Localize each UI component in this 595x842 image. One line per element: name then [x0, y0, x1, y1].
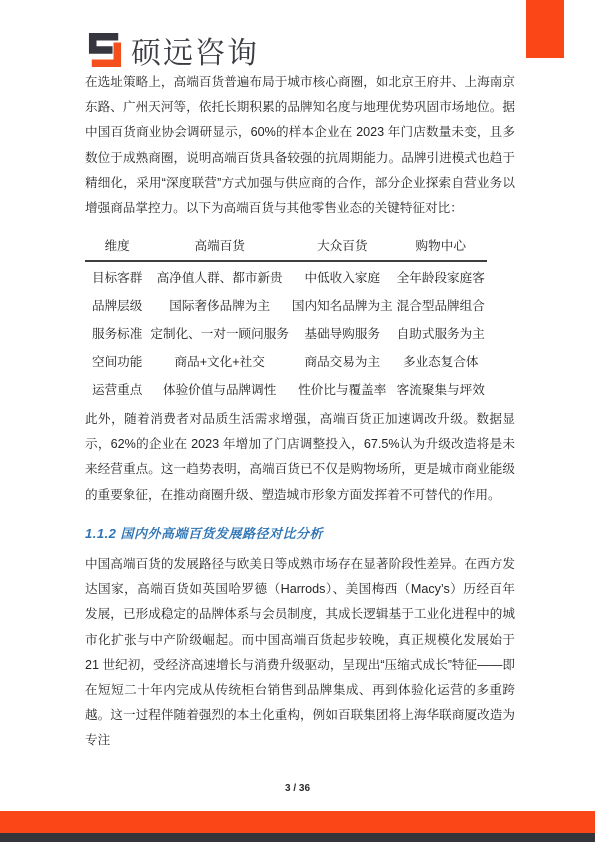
table-row: 空间功能 商品+文化+社交 商品交易为主 多业态复合体 [85, 346, 487, 374]
table-cell: 品牌层级 [85, 295, 149, 314]
table-row: 服务标准 定制化、一对一顾问服务 基础导购服务 自助式服务为主 [85, 318, 487, 346]
table-row: 品牌层级 国际奢侈品牌为主 国内知名品牌为主 混合型品牌组合 [85, 290, 487, 318]
paragraph-location-strategy: 在选址策略上，高端百货普遍布局于城市核心商圈，如北京王府井、上海南京东路、广州天… [85, 70, 515, 221]
brand-logo: 硕远咨询 [88, 28, 259, 72]
table-cell: 全年龄段家庭客 [395, 267, 487, 286]
comparison-table: 维度 高端百货 大众百货 购物中心 目标客群 高净值人群、都市新贵 中低收入家庭… [85, 228, 487, 402]
table-cell: 自助式服务为主 [395, 323, 487, 342]
document-page: 硕远咨询 在选址策略上，高端百货普遍布局于城市核心商圈，如北京王府井、上海南京东… [0, 0, 595, 842]
table-cell: 多业态复合体 [395, 351, 487, 370]
table-cell: 性价比与覆盖率 [290, 379, 395, 398]
table-cell: 体验价值与品牌调性 [149, 379, 290, 398]
table-cell: 空间功能 [85, 351, 149, 370]
table-row: 目标客群 高净值人群、都市新贵 中低收入家庭 全年龄段家庭客 [85, 262, 487, 290]
table-cell: 基础导购服务 [290, 323, 395, 342]
paragraph-upgrade-trend: 此外，随着消费者对品质生活需求增强，高端百货正加速调改升级。数据显示，62%的企… [85, 407, 515, 508]
table-cell: 中低收入家庭 [290, 267, 395, 286]
table-cell: 商品交易为主 [290, 351, 395, 370]
bottom-accent-band-orange [0, 811, 595, 833]
table-header-cell: 维度 [85, 235, 149, 254]
table-cell: 目标客群 [85, 267, 149, 286]
table-cell: 国际奢侈品牌为主 [149, 295, 290, 314]
page-number: 3 / 36 [0, 783, 595, 794]
table-cell: 商品+文化+社交 [149, 351, 290, 370]
table-cell: 定制化、一对一顾问服务 [149, 323, 290, 342]
logo-text: 硕远咨询 [131, 28, 259, 72]
section-heading-1-1-2: 1.1.2 国内外高端百货发展路径对比分析 [85, 523, 515, 542]
bottom-accent-band-dark [0, 833, 595, 842]
table-cell: 混合型品牌组合 [395, 295, 487, 314]
table-header-row: 维度 高端百货 大众百货 购物中心 [85, 228, 487, 262]
table-header-cell: 大众百货 [290, 235, 395, 254]
logo-mark-icon [88, 32, 122, 68]
table-cell: 国内知名品牌为主 [290, 295, 395, 314]
table-row: 运营重点 体验价值与品牌调性 性价比与覆盖率 客流聚集与坪效 [85, 374, 487, 402]
table-header-cell: 购物中心 [395, 235, 487, 254]
table-cell: 客流聚集与坪效 [395, 379, 487, 398]
table-header-cell: 高端百货 [149, 235, 290, 254]
table-cell: 高净值人群、都市新贵 [149, 267, 290, 286]
corner-accent-rect [526, 0, 564, 58]
table-cell: 运营重点 [85, 379, 149, 398]
table-cell: 服务标准 [85, 323, 149, 342]
paragraph-development-path: 中国高端百货的发展路径与欧美日等成熟市场存在显著阶段性差异。在西方发达国家，高端… [85, 552, 515, 754]
